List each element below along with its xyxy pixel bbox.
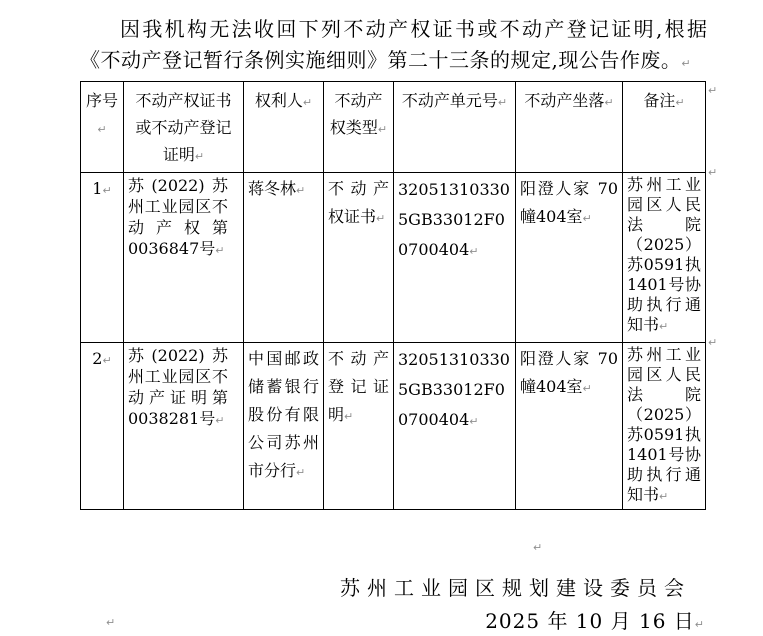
- cell-remark: 苏州工业园区人民法院（2025）苏0591执1401号协助执行通知书↵: [623, 343, 706, 510]
- cell-holder: 中国邮政储蓄银行股份有限公司苏州市分行↵: [244, 343, 324, 510]
- header-serial-no: 序号↵: [81, 82, 124, 173]
- cell-serial-no: 1↵: [81, 173, 124, 343]
- end-paragraph-mark-icon: ↵: [106, 616, 115, 629]
- issue-date: 2025 年 10 月 16 日↵: [80, 605, 707, 636]
- cell-unit-no: 320513103305GB33012F00700404↵: [394, 343, 516, 510]
- cell-mark-icon: ↵: [102, 184, 111, 197]
- paragraph-mark-icon: ↵: [681, 57, 691, 70]
- cell-location: 阳澄人家 70幢404室↵: [516, 173, 623, 343]
- row-end-mark-icon: ↵: [708, 166, 717, 179]
- cell-mark-icon: ↵: [376, 212, 385, 225]
- cell-mark-icon: ↵: [97, 123, 106, 136]
- header-certificate: 不动产权证书或不动产登记证明↵: [124, 82, 244, 173]
- cell-mark-icon: ↵: [659, 490, 668, 503]
- cell-mark-icon: ↵: [604, 96, 613, 109]
- cell-mark-icon: ↵: [498, 96, 507, 109]
- cell-mark-icon: ↵: [102, 354, 111, 367]
- table-header-row: 序号↵ 不动产权证书或不动产登记证明↵ 权利人↵ 不动产权类型↵ 不动产单元号↵…: [81, 82, 706, 173]
- intro-text-2: 《不动产登记暂行条例实施细则》第二十三条的规定,现公告作废。: [80, 48, 681, 72]
- intro-text-1: 因我机构无法收回下列不动产权证书或不动产登记证明,根据: [120, 17, 707, 41]
- issuing-organization: 苏州工业园区规划建设委员会: [80, 572, 707, 605]
- cell-mark-icon: ↵: [215, 414, 224, 427]
- cell-certificate: 苏(2022)苏州工业园区不动产证明第0038281号↵: [124, 343, 244, 510]
- paragraph-mark-icon: ↵: [695, 618, 705, 631]
- cell-mark-icon: ↵: [344, 410, 353, 423]
- cell-mark-icon: ↵: [296, 466, 305, 479]
- row-end-mark-icon: ↵: [708, 84, 717, 97]
- header-remark: 备注↵: [623, 82, 706, 173]
- row-end-mark-icon: ↵: [708, 336, 717, 349]
- header-location: 不动产坐落↵: [516, 82, 623, 173]
- header-type: 不动产权类型↵: [324, 82, 394, 173]
- cell-type: 不动产登记证明↵: [324, 343, 394, 510]
- empty-paragraph-mark-icon: ↵: [533, 541, 542, 554]
- cell-holder: 蒋冬林↵: [244, 173, 324, 343]
- document-page: 因我机构无法收回下列不动产权证书或不动产登记证明,根据 《不动产登记暂行条例实施…: [0, 0, 763, 636]
- cell-mark-icon: ↵: [469, 415, 478, 428]
- cell-type: 不动产权证书↵: [324, 173, 394, 343]
- cell-mark-icon: ↵: [469, 245, 478, 258]
- cell-mark-icon: ↵: [195, 150, 204, 163]
- cell-remark: 苏州工业园区人民法院（2025）苏0591执1401号协助执行通知书↵: [623, 173, 706, 343]
- cell-mark-icon: ↵: [659, 320, 668, 333]
- cell-location: 阳澄人家 70幢404室↵: [516, 343, 623, 510]
- cell-mark-icon: ↵: [296, 184, 305, 197]
- header-holder: 权利人↵: [244, 82, 324, 173]
- cell-mark-icon: ↵: [583, 382, 592, 395]
- intro-line-2: 《不动产登记暂行条例实施细则》第二十三条的规定,现公告作废。↵: [80, 45, 707, 79]
- cell-serial-no: 2↵: [81, 343, 124, 510]
- invalidation-notice-table: 序号↵ 不动产权证书或不动产登记证明↵ 权利人↵ 不动产权类型↵ 不动产单元号↵…: [80, 81, 706, 510]
- cell-unit-no: 320513103305GB33012F00700404↵: [394, 173, 516, 343]
- intro-line-1: 因我机构无法收回下列不动产权证书或不动产登记证明,根据: [80, 14, 707, 45]
- header-unit-no: 不动产单元号↵: [394, 82, 516, 173]
- cell-mark-icon: ↵: [215, 244, 224, 257]
- table-row: 1↵ 苏(2022)苏州工业园区不动产权第0036847号↵ 蒋冬林↵ 不动产权…: [81, 173, 706, 343]
- cell-mark-icon: ↵: [583, 212, 592, 225]
- cell-mark-icon: ↵: [378, 123, 387, 136]
- cell-certificate: 苏(2022)苏州工业园区不动产权第0036847号↵: [124, 173, 244, 343]
- intro-paragraph: 因我机构无法收回下列不动产权证书或不动产登记证明,根据 《不动产登记暂行条例实施…: [80, 14, 707, 79]
- cell-mark-icon: ↵: [303, 96, 312, 109]
- table-row: 2↵ 苏(2022)苏州工业园区不动产证明第0038281号↵ 中国邮政储蓄银行…: [81, 343, 706, 510]
- cell-mark-icon: ↵: [675, 96, 684, 109]
